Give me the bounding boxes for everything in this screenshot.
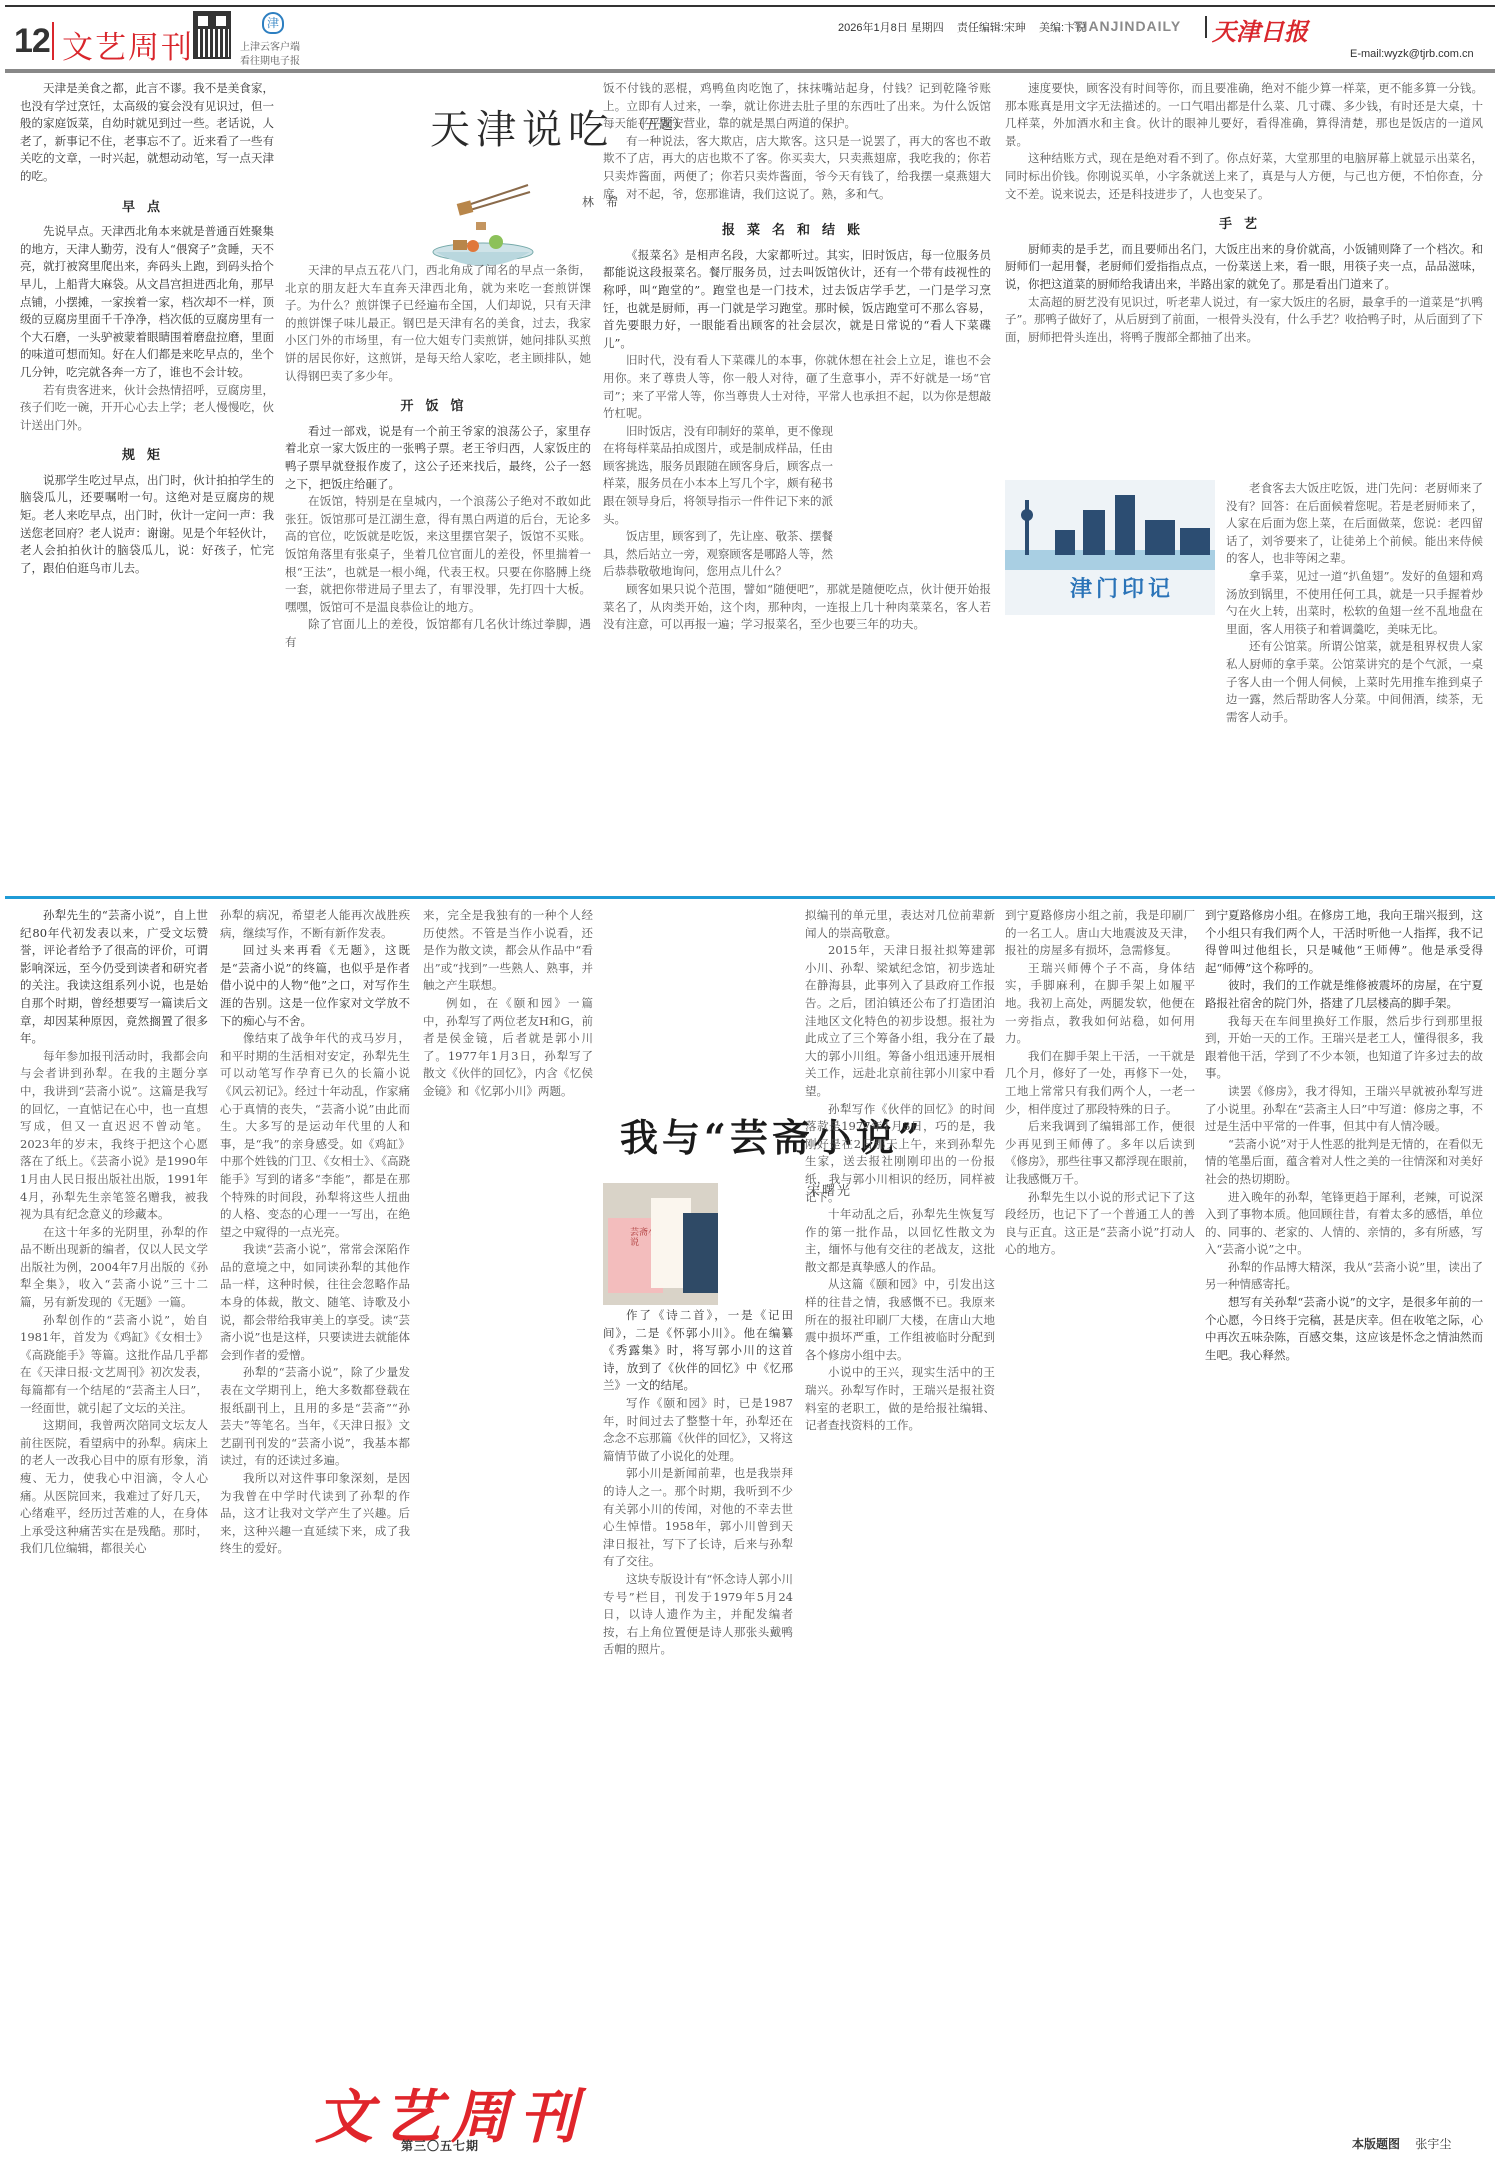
article2-column-3a: 来，完全是我独有的一种个人经历使然。不管是当作小说看，还是作为散文读，都会从作品…: [423, 907, 593, 1117]
section-text-cont: 饭不付钱的恶棍，鸡鸭鱼肉吃饱了，抹抹嘴站起身，付钱？记到乾隆爷账上。立即有人过来…: [603, 80, 991, 133]
issue-date: 2026年1月8日 星期四: [838, 22, 944, 34]
qr-code-icon[interactable]: [193, 11, 231, 59]
editor: 责任编辑:宋珅: [957, 22, 1026, 34]
article2-paragraph: 作了《诗二首》，一是《记田间》，二是《怀郭小川》。他在编纂《秀露集》时，将写郭小…: [603, 1307, 793, 1395]
article2-paragraph: 每年参加报刊活动时，我都会向与会者讲到孙犁。在我的主题分享中，我讲到“芸斋小说”…: [20, 1048, 208, 1224]
article2-paragraph: 王瑞兴师傅个子不高，身体结实，手脚麻利，在脚手架上如履平地。我初上高处，两腿发软…: [1005, 960, 1195, 1048]
section-text-cont: 顾客如果只说个范围，譬如“随便吧”，那就是随便吃点，伙计便开始报菜名了，从肉类开…: [603, 581, 991, 634]
section-text-cont: 在饭馆，特别是在皇城内，一个浪荡公子绝对不敢如此张狂。饭馆那可是江湖生意，得有黑…: [285, 493, 591, 616]
article1-column-5: 老食客去大饭庄吃饭，进门先问：老厨师来了没有？回答：在后面候着您呢。若是老厨师来…: [1226, 480, 1483, 890]
contact-email[interactable]: E-mail:wyzk@tjrb.com.cn: [1350, 48, 1474, 60]
article2-paragraph: 孙犁的“芸斋小说”，除了少量发表在文学期刊上，绝大多数都登载在报纸副刊上，且用的…: [220, 1364, 410, 1470]
article2-paragraph: 孙犁写作《伙伴的回忆》的时间落款是1977年1月3日，巧的是，我刚好是在2日那天…: [805, 1101, 995, 1207]
article2-paragraph: 2015年，天津日报社拟筹建郭小川、孙犁、梁斌纪念馆，初步选址在静海县，此事列入…: [805, 942, 995, 1100]
article2-paragraph: 像结束了战争年代的戎马岁月，和平时期的生活相对安定，孙犁先生可以动笔写作孕育已久…: [220, 1030, 410, 1241]
credit-label: 本版题图: [1352, 2137, 1400, 2151]
article2-paragraph: 例如，在《颐和园》一篇中，孙犁写了两位老友H和G，前者是侯金镜，后者就是郭小川了…: [423, 995, 593, 1101]
article1-column-2: 天津的早点五花八门，西北角成了闻名的早点一条街，北京的朋友赶大车直奔天津西北角，…: [285, 262, 591, 890]
article2-column-3b: 作了《诗二首》，一是《记田间》，二是《怀郭小川》。他在编纂《秀露集》时，将写郭小…: [603, 1307, 793, 2167]
article1-intro: 天津是美食之都，此言不谬。我不是美食家，也没有学过烹饪，太高级的宴会没有见识过，…: [20, 80, 274, 186]
article2-paragraph: 从这篇《颐和园》中，引发出这样的往昔之情，我感慨不已。我原来所在的报社印刷厂大楼…: [805, 1276, 995, 1364]
masthead: 12 文艺周刊 津 上津云客户端 看往期电子报 2026年1月8日 星期四 责任…: [0, 8, 1500, 62]
article2-column-4: 拟编刊的单元里，表达对几位前辈新闻人的崇高敬意。 2015年，天津日报社拟筹建郭…: [805, 907, 995, 2162]
article2-paragraph: 十年动乱之后，孙犁先生恢复写作的第一批作品，以回忆性散文为主，缅怀与他有交往的老…: [805, 1206, 995, 1276]
article2-paragraph: 读罢《修房》，我才得知，王瑞兴早就被孙犁写进了小说里。孙犁在“芸斋主人曰”中写道…: [1205, 1083, 1483, 1136]
issue-meta: 2026年1月8日 星期四 责任编辑:宋珅 美编:卞锐: [838, 19, 1096, 35]
article2-column-2: 孙犁的病况，希望老人能再次战胜疾病，继续写作，不断有新作发表。 回过头来再看《无…: [220, 907, 410, 2162]
article2-paragraph: 来，完全是我独有的一种个人经历使然。不管是当作小说看，还是作为散文读，都会从作品…: [423, 907, 593, 995]
section-text-cont: 饭店里，顾客到了，先让座、敬茶、摆餐具，然后站立一旁，观察顾客是哪路人等，然后恭…: [603, 528, 833, 581]
article2-paragraph: 后来我调到了编辑部工作，便很少再见到王师傅了。多年以后读到《修房》，那些往事又都…: [1005, 1118, 1195, 1188]
section-text-cont: 天津的早点五花八门，西北角成了闻名的早点一条街，北京的朋友赶大车直奔天津西北角，…: [285, 262, 591, 385]
article2-paragraph: 小说中的王兴，现实生活中的王瑞兴。孙犁写作时，王瑞兴是报社资料室的老职工，做的是…: [805, 1364, 995, 1434]
article2-paragraph: 到宁夏路修房小组。在修房工地，我向王瑞兴报到，这个小组只有我们两个人，干活时听他…: [1205, 907, 1483, 977]
section-text-cont: 速度要快，顾客没有时间等你，而且要准确，绝对不能少算一样菜，更不能多算一分钱。那…: [1005, 80, 1483, 150]
issue-number: 第三〇五七期: [401, 2137, 479, 2154]
section-text: 说那学生吃过早点，出门时，伙计拍拍学生的脑袋瓜儿，还要嘱咐一句。这绝对是豆腐房的…: [20, 472, 274, 578]
book-covers-photo: 芸斋小说: [603, 1183, 718, 1305]
section-heading: 早点: [20, 198, 274, 216]
section-text-cont: 有一种说法，客大欺店，店大欺客。这只是一说罢了，再大的客也不敢欺不了店，再大的店…: [603, 133, 991, 203]
food-bowl-illustration: [428, 180, 538, 270]
article2-paragraph: 我读“芸斋小说”，常常会深陷作品的意境之中，如同读孙犁的其他作品一样，这种时候，…: [220, 1241, 410, 1364]
article2-paragraph: 孙犁先生以小说的形式记下了这段经历，也记下了一个普通工人的善良与正直。这正是“芸…: [1005, 1189, 1195, 1259]
app-promo-line1: 上津云客户端: [240, 38, 300, 53]
article2-paragraph: 拟编刊的单元里，表达对几位前辈新闻人的崇高敬意。: [805, 907, 995, 942]
section-text: 《报菜名》是相声名段，大家都听过。其实，旧时饭店，每一位服务员都能说这段报菜名。…: [603, 247, 991, 353]
section-text-cont: 若有贵客进来，伙计会热情招呼，豆腐房里，孩子们吃一碗，开开心心去上学；老人慢慢吃…: [20, 382, 274, 435]
section-heading: 规矩: [20, 446, 274, 464]
article2-paragraph: 回过头来再看《无题》，这既是“芸斋小说”的终篇，也似乎是作者借小说中的人物“他”…: [220, 942, 410, 1030]
brand-logo: 天津日报: [1212, 12, 1308, 47]
section-text-cont: 这种结账方式，现在是绝对看不到了。你点好菜，大堂那里的电脑屏幕上就显示出菜名，同…: [1005, 150, 1483, 203]
article1-column-3: 饭不付钱的恶棍，鸡鸭鱼肉吃饱了，抹抹嘴站起身，付钱？记到乾隆爷账上。立即有人过来…: [603, 80, 991, 890]
article2-paragraph: 这块专版设计有“怀念诗人郭小川专号”栏目，刊发于1979年5月24日，以诗人遗作…: [603, 1571, 793, 1659]
article2-column-6: 到宁夏路修房小组。在修房工地，我向王瑞兴报到，这个小组只有我们两个人，干活时听他…: [1205, 907, 1483, 2132]
section-heading: 手艺: [1005, 215, 1483, 233]
section-text: 先说早点。天津西北角本来就是普通百姓聚集的地方，天津人勤劳，没有人“偎窝子”贪睡…: [20, 223, 274, 381]
city-skyline-icon: [1005, 480, 1215, 570]
article2-paragraph: 在这十年多的光阴里，孙犁的作品不断出现新的编者，仅以人民文学出版社为例，2004…: [20, 1224, 208, 1312]
section-text: 看过一部戏，说是有一个前王爷家的浪荡公子，家里存着北京一家大饭庄的一张鸭子票。老…: [285, 423, 591, 493]
section-text-cont: 老食客去大饭庄吃饭，进门先问：老厨师来了没有？回答：在后面候着您呢。若是老厨师来…: [1226, 480, 1483, 568]
article2-paragraph: 我们在脚手架上干活，一干就是几个月，修好了一处，再修下一处，工地上常常只有我们两…: [1005, 1048, 1195, 1118]
jinmen-badge: 津门印记: [1005, 480, 1215, 615]
top-rule: [5, 5, 1495, 7]
article2-column-5b: 到宁夏路修房小组之前，我是印刷厂的一名工人。唐山大地震波及天津，报社的房屋多有损…: [1005, 907, 1195, 2132]
article2-paragraph: 孙犁先生的“芸斋小说”，自上世纪80年代初发表以来，广受文坛赞誉，评论者给予了很…: [20, 907, 208, 1048]
section-text-cont: 太高超的厨艺没有见识过，听老辈人说过，有一家大饭庄的名厨，最拿手的一道菜是“扒鸭…: [1005, 294, 1483, 347]
section-text-cont: 旧时代，没有看人下菜碟儿的本事，你就休想在社会上立足，谁也不会用你。来了尊贵人等…: [603, 352, 991, 422]
section-text-cont: 拿手菜，见过一道“扒鱼翅”。发好的鱼翅和鸡汤放到锅里，不使用任何工具，就是一只手…: [1226, 568, 1483, 638]
illustration-credit: 本版题图 张宇尘: [1352, 2135, 1451, 2152]
credit-name: 张宇尘: [1415, 2137, 1451, 2151]
book-cover-blue: [683, 1213, 718, 1293]
article2-paragraph: 到宁夏路修房小组之前，我是印刷厂的一名工人。唐山大地震波及天津，报社的房屋多有损…: [1005, 907, 1195, 960]
article2-paragraph: 我每天在车间里换好工作服，然后步行到那里报到，开始一天的工作。王瑞兴是老工人，懂…: [1205, 1013, 1483, 1083]
page-separator: [52, 22, 54, 60]
article2-paragraph: 进入晚年的孙犁，笔锋更趋于犀利，老辣，可说深入到了事物本质。他回顾往昔，有着太多…: [1205, 1189, 1483, 1259]
article2-paragraph: 孙犁的病况，希望老人能再次战胜疾病，继续写作，不断有新作发表。: [220, 907, 410, 942]
section-text-cont: 旧时饭店，没有印制好的菜单，更不像现在将每样菜品拍成图片，或是制成样品，任由顾客…: [603, 423, 833, 529]
article2-paragraph: 彼时，我们的工作就是维修被震坏的房屋，在宁夏路报社宿舍的院门外，搭建了几层楼高的…: [1205, 977, 1483, 1012]
article2-paragraph: 孙犁创作的“芸斋小说”，始自1981年，首发为《鸡缸》《女相士》《高跷能手》等篇…: [20, 1312, 208, 1418]
page-number: 12: [14, 22, 50, 61]
section-heading: 开饭馆: [285, 397, 591, 415]
article2-paragraph: 想写有关孙犁“芸斋小说”的文字，是很多年前的一个心愿，今日终于完稿，甚是庆幸。但…: [1205, 1294, 1483, 1364]
app-logo-icon: 津: [262, 12, 284, 34]
article1-title: 天津说吃: [430, 98, 614, 155]
article1-column-4: 速度要快，顾客没有时间等你，而且要准确，绝对不能少算一样菜，更不能多算一分钱。那…: [1005, 80, 1483, 480]
article2-paragraph: 郭小川是新闻前辈，也是我崇拜的诗人之一。那个时期，我听到不少有关郭小川的传闻，对…: [603, 1465, 793, 1571]
section-title: 文艺周刊: [62, 22, 194, 67]
section-text-cont: 除了官面儿上的差役，饭馆都有几名伙计练过拳脚，遇有: [285, 616, 591, 651]
section-text-cont: 还有公馆菜。所谓公馆菜，就是租界权贵人家私人厨师的拿手菜。公馆菜讲究的是个气派，…: [1226, 638, 1483, 726]
article2-paragraph: 这期间，我曾两次陪同文坛友人前往医院，看望病中的孙犁。病床上的老人一改我心目中的…: [20, 1417, 208, 1558]
article-divider: [5, 896, 1495, 899]
article2-paragraph: 写作《颐和园》时，已是1987年，时间过去了整整十年，孙犁还在念念不忘那篇《伙伴…: [603, 1395, 793, 1465]
section-heading: 报菜名和结账: [603, 221, 991, 239]
brand-separator: [1205, 16, 1207, 38]
article1-column-1: 天津是美食之都，此言不谬。我不是美食家，也没有学过烹饪，太高级的宴会没有见识过，…: [20, 80, 274, 890]
article2-paragraph: 我所以对这件事印象深刻，是因为我曾在中学时代读到了孙犁的作品，这才让我对文学产生…: [220, 1470, 410, 1558]
jinmen-title: 津门印记: [1070, 572, 1174, 603]
article2-column-1: 孙犁先生的“芸斋小说”，自上世纪80年代初发表以来，广受文坛赞誉，评论者给予了很…: [20, 907, 208, 2162]
brand-english: TIANJINDAILY: [1074, 18, 1181, 34]
article2-paragraph: “芸斋小说”对于人性恶的批判是无情的，在看似无情的笔墨后面，蕴含着对人性之美的一…: [1205, 1136, 1483, 1189]
header-rule: [5, 69, 1495, 73]
section-text: 厨师卖的是手艺，而且要师出名门，大饭庄出来的身价就高，小饭铺则降了一个档次。和厨…: [1005, 241, 1483, 294]
article2-paragraph: 孙犁的作品博大精深，我从“芸斋小说”里，读出了另一种情感寄托。: [1205, 1259, 1483, 1294]
app-promo-line2: 看往期电子报: [240, 52, 300, 67]
